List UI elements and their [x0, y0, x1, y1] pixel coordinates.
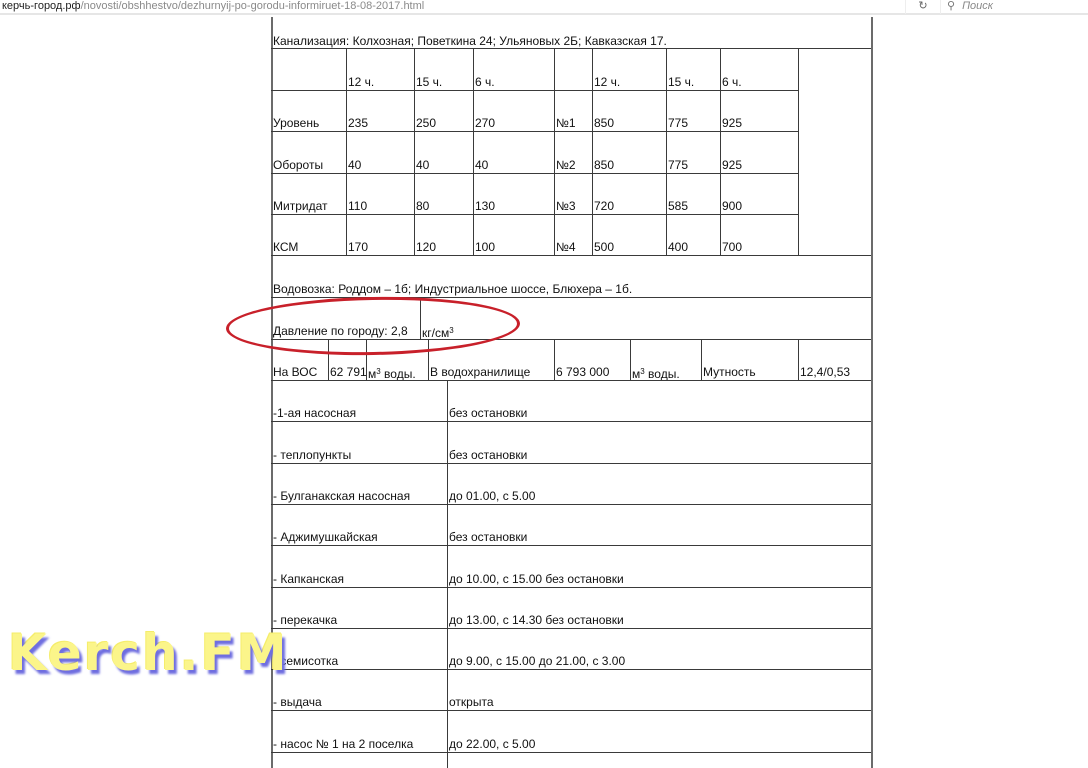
pump-value: 900 [722, 199, 742, 213]
row-label: Обороты [273, 158, 323, 172]
browser-toolbar: керчь-город.рф/novosti/obshhestvo/dezhur… [0, 0, 1088, 15]
pump-value: 925 [722, 158, 742, 172]
turbidity-value: 12,4/0,53 [800, 365, 850, 379]
sewage-text: Канализация: Колхозная; Поветкина 24; Ул… [273, 34, 667, 48]
table-border [271, 669, 871, 670]
pump-label: №4 [556, 240, 576, 254]
table-border [271, 131, 798, 132]
table-border [346, 48, 347, 255]
table-border [473, 48, 474, 255]
url-path: /novosti/obshhestvo/dezhurnyij-po-gorodu… [81, 0, 425, 12]
reload-icon: ↻ [918, 0, 927, 12]
table-border [271, 421, 871, 422]
col-header: 15 ч. [416, 75, 442, 89]
pump-value: 850 [594, 116, 614, 130]
reservoir-label: В водохранилище [430, 365, 530, 379]
row-label: Уровень [273, 116, 319, 130]
pump-value: 400 [668, 240, 688, 254]
pump-value: 775 [668, 116, 688, 130]
level-value: 130 [475, 199, 495, 213]
station-name: - насос № 1 на 2 поселка [273, 737, 413, 751]
wtp-value: 62 791 [330, 365, 367, 379]
table-border [271, 48, 871, 49]
table-border [271, 628, 871, 629]
level-value: 235 [348, 116, 368, 130]
col-header: 15 ч. [668, 75, 694, 89]
pump-value: 925 [722, 116, 742, 130]
col-header: 12 ч. [594, 75, 620, 89]
pump-label: №1 [556, 116, 576, 130]
address-bar[interactable]: керчь-город.рф/novosti/obshhestvo/dezhur… [2, 0, 424, 13]
pump-value: 720 [594, 199, 614, 213]
level-value: 250 [416, 116, 436, 130]
station-name: -1-ая насосная [273, 406, 356, 420]
table-border [271, 545, 871, 546]
pump-value: 775 [668, 158, 688, 172]
table-border [554, 339, 555, 380]
level-value: 270 [475, 116, 495, 130]
table-border [592, 48, 593, 255]
table-border [798, 48, 799, 255]
table-border [630, 339, 631, 380]
pump-value: 850 [594, 158, 614, 172]
wtp-unit: м3 воды. [368, 365, 416, 381]
col-header: 12 ч. [348, 75, 374, 89]
station-name: - Капканская [273, 572, 344, 586]
pump-value: 500 [594, 240, 614, 254]
search-icon: ⚲ [947, 0, 959, 13]
turbidity-label: Мутность [703, 365, 756, 379]
station-name: - Аджимушкайская [273, 530, 378, 544]
station-status: без остановки [449, 406, 527, 420]
table-border [720, 48, 721, 255]
reservoir-value: 6 793 000 [556, 365, 609, 379]
table-border [701, 339, 702, 380]
table-border [271, 752, 871, 753]
table-border [414, 48, 415, 255]
table-border [271, 90, 798, 91]
search-input[interactable]: ⚲ Поиск [941, 0, 1088, 14]
table-border [271, 504, 871, 505]
reservoir-unit: м3 воды. [632, 365, 680, 381]
table-border [271, 173, 798, 174]
pump-value: 700 [722, 240, 742, 254]
level-value: 40 [416, 158, 429, 172]
station-status: до 22.00, с 5.00 [449, 737, 535, 751]
level-value: 120 [416, 240, 436, 254]
station-status: до 13.00, с 14.30 без остановки [449, 613, 624, 627]
table-border [271, 380, 871, 381]
table-border [271, 587, 871, 588]
level-value: 80 [416, 199, 429, 213]
level-value: 110 [348, 199, 367, 213]
level-value: 40 [348, 158, 361, 172]
pump-label: №3 [556, 199, 576, 213]
table-border [666, 48, 667, 255]
station-status: без остановки [449, 448, 527, 462]
reload-button[interactable]: ↻ [905, 0, 941, 14]
station-name: - выдача [273, 695, 322, 709]
station-name: - теплопункты [273, 448, 351, 462]
url-host: керчь-город.рф [2, 0, 81, 12]
station-status: до 01.00, с 5.00 [449, 489, 535, 503]
station-status: до 10.00, с 15.00 без остановки [449, 572, 624, 586]
station-status: до 9.00, с 15.00 до 21.00, с 3.00 [449, 654, 625, 668]
col-header: 6 ч. [475, 75, 495, 89]
station-name: - Булганакская насосная [273, 489, 410, 503]
table-border [271, 214, 798, 215]
search-placeholder: Поиск [962, 0, 993, 12]
water-delivery-text: Водовозка: Роддом – 1б; Индустриальное ш… [273, 282, 632, 296]
station-status: без остановки [449, 530, 527, 544]
level-value: 40 [475, 158, 488, 172]
pump-value: 585 [668, 199, 688, 213]
table-right-border [871, 17, 873, 768]
row-label: Митридат [273, 199, 327, 213]
table-border [271, 255, 871, 256]
table-border [271, 463, 871, 464]
level-value: 170 [348, 240, 368, 254]
table-border [271, 710, 871, 711]
table-border [798, 339, 799, 380]
table-border [554, 48, 555, 255]
watermark-logo: Kerch.FM [8, 624, 289, 682]
station-status: открыта [449, 695, 494, 709]
wtp-label: На ВОС [273, 365, 317, 379]
pump-label: №2 [556, 158, 576, 172]
level-value: 100 [475, 240, 495, 254]
col-header: 6 ч. [722, 75, 742, 89]
row-label: КСМ [273, 240, 298, 254]
